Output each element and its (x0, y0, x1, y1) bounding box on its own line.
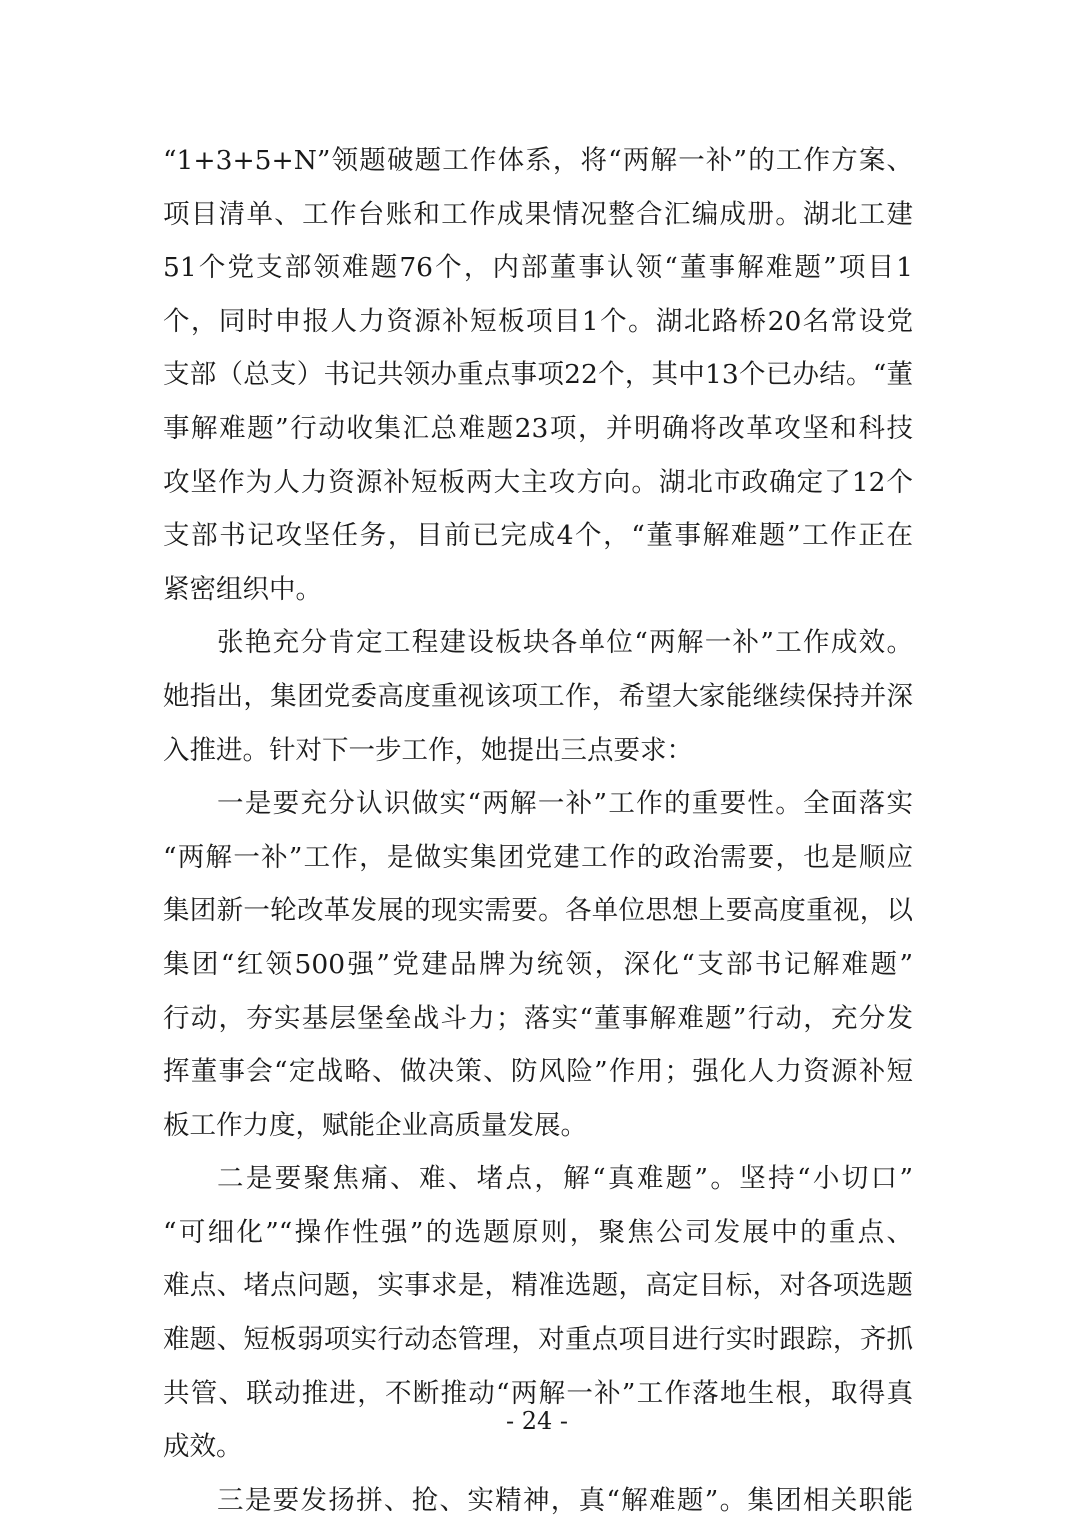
text-line: 集团“红领500强”党建品牌为统领，深化“支部书记解难题” (163, 938, 913, 992)
text-line: “1+3+5+N”领题破题工作体系，将“两解一补”的工作方案、 (163, 134, 913, 188)
body-text: “1+3+5+N”领题破题工作体系，将“两解一补”的工作方案、项目清单、工作台账… (163, 134, 913, 1520)
text-line: 行动，夯实基层堡垒战斗力；落实“董事解难题”行动，充分发 (163, 992, 913, 1046)
text-line: 攻坚作为人力资源补短板两大主攻方向。湖北市政确定了12个 (163, 456, 913, 510)
text-line: 个，同时申报人力资源补短板项目1个。湖北路桥20名常设党 (163, 295, 913, 349)
document-page: “1+3+5+N”领题破题工作体系，将“两解一补”的工作方案、项目清单、工作台账… (0, 0, 1074, 1520)
text-line: 难题、短板弱项实行动态管理，对重点项目进行实时跟踪，齐抓 (163, 1313, 913, 1367)
text-line: 紧密组织中。 (163, 563, 913, 617)
text-line: 难点、堵点问题，实事求是，精准选题，高定目标，对各项选题 (163, 1259, 913, 1313)
text-line: “两解一补”工作，是做实集团党建工作的政治需要，也是顺应 (163, 831, 913, 885)
text-line: 入推进。针对下一步工作，她提出三点要求： (163, 724, 913, 778)
text-line: 她指出，集团党委高度重视该项工作，希望大家能继续保持并深 (163, 670, 913, 724)
text-line: 支部（总支）书记共领办重点事项22个，其中13个已办结。“董 (163, 348, 913, 402)
text-line: 板工作力度，赋能企业高质量发展。 (163, 1099, 913, 1153)
text-line: 二是要聚焦痛、难、堵点，解“真难题”。坚持“小切口” (163, 1152, 913, 1206)
page-number: - 24 - (0, 1407, 1074, 1435)
text-line: 支部书记攻坚任务，目前已完成4个，“董事解难题”工作正在 (163, 509, 913, 563)
text-line: 三是要发扬拼、抢、实精神，真“解难题”。集团相关职能 (163, 1474, 913, 1520)
text-line: 张艳充分肯定工程建设板块各单位“两解一补”工作成效。 (163, 616, 913, 670)
text-line: 项目清单、工作台账和工作成果情况整合汇编成册。湖北工建 (163, 188, 913, 242)
text-line: “可细化”“操作性强”的选题原则，聚焦公司发展中的重点、 (163, 1206, 913, 1260)
text-line: 一是要充分认识做实“两解一补”工作的重要性。全面落实 (163, 777, 913, 831)
text-line: 51个党支部领难题76个，内部董事认领“董事解难题”项目1 (163, 241, 913, 295)
text-line: 集团新一轮改革发展的现实需要。各单位思想上要高度重视，以 (163, 884, 913, 938)
text-line: 事解难题”行动收集汇总难题23项，并明确将改革攻坚和科技 (163, 402, 913, 456)
text-line: 挥董事会“定战略、做决策、防风险”作用；强化人力资源补短 (163, 1045, 913, 1099)
